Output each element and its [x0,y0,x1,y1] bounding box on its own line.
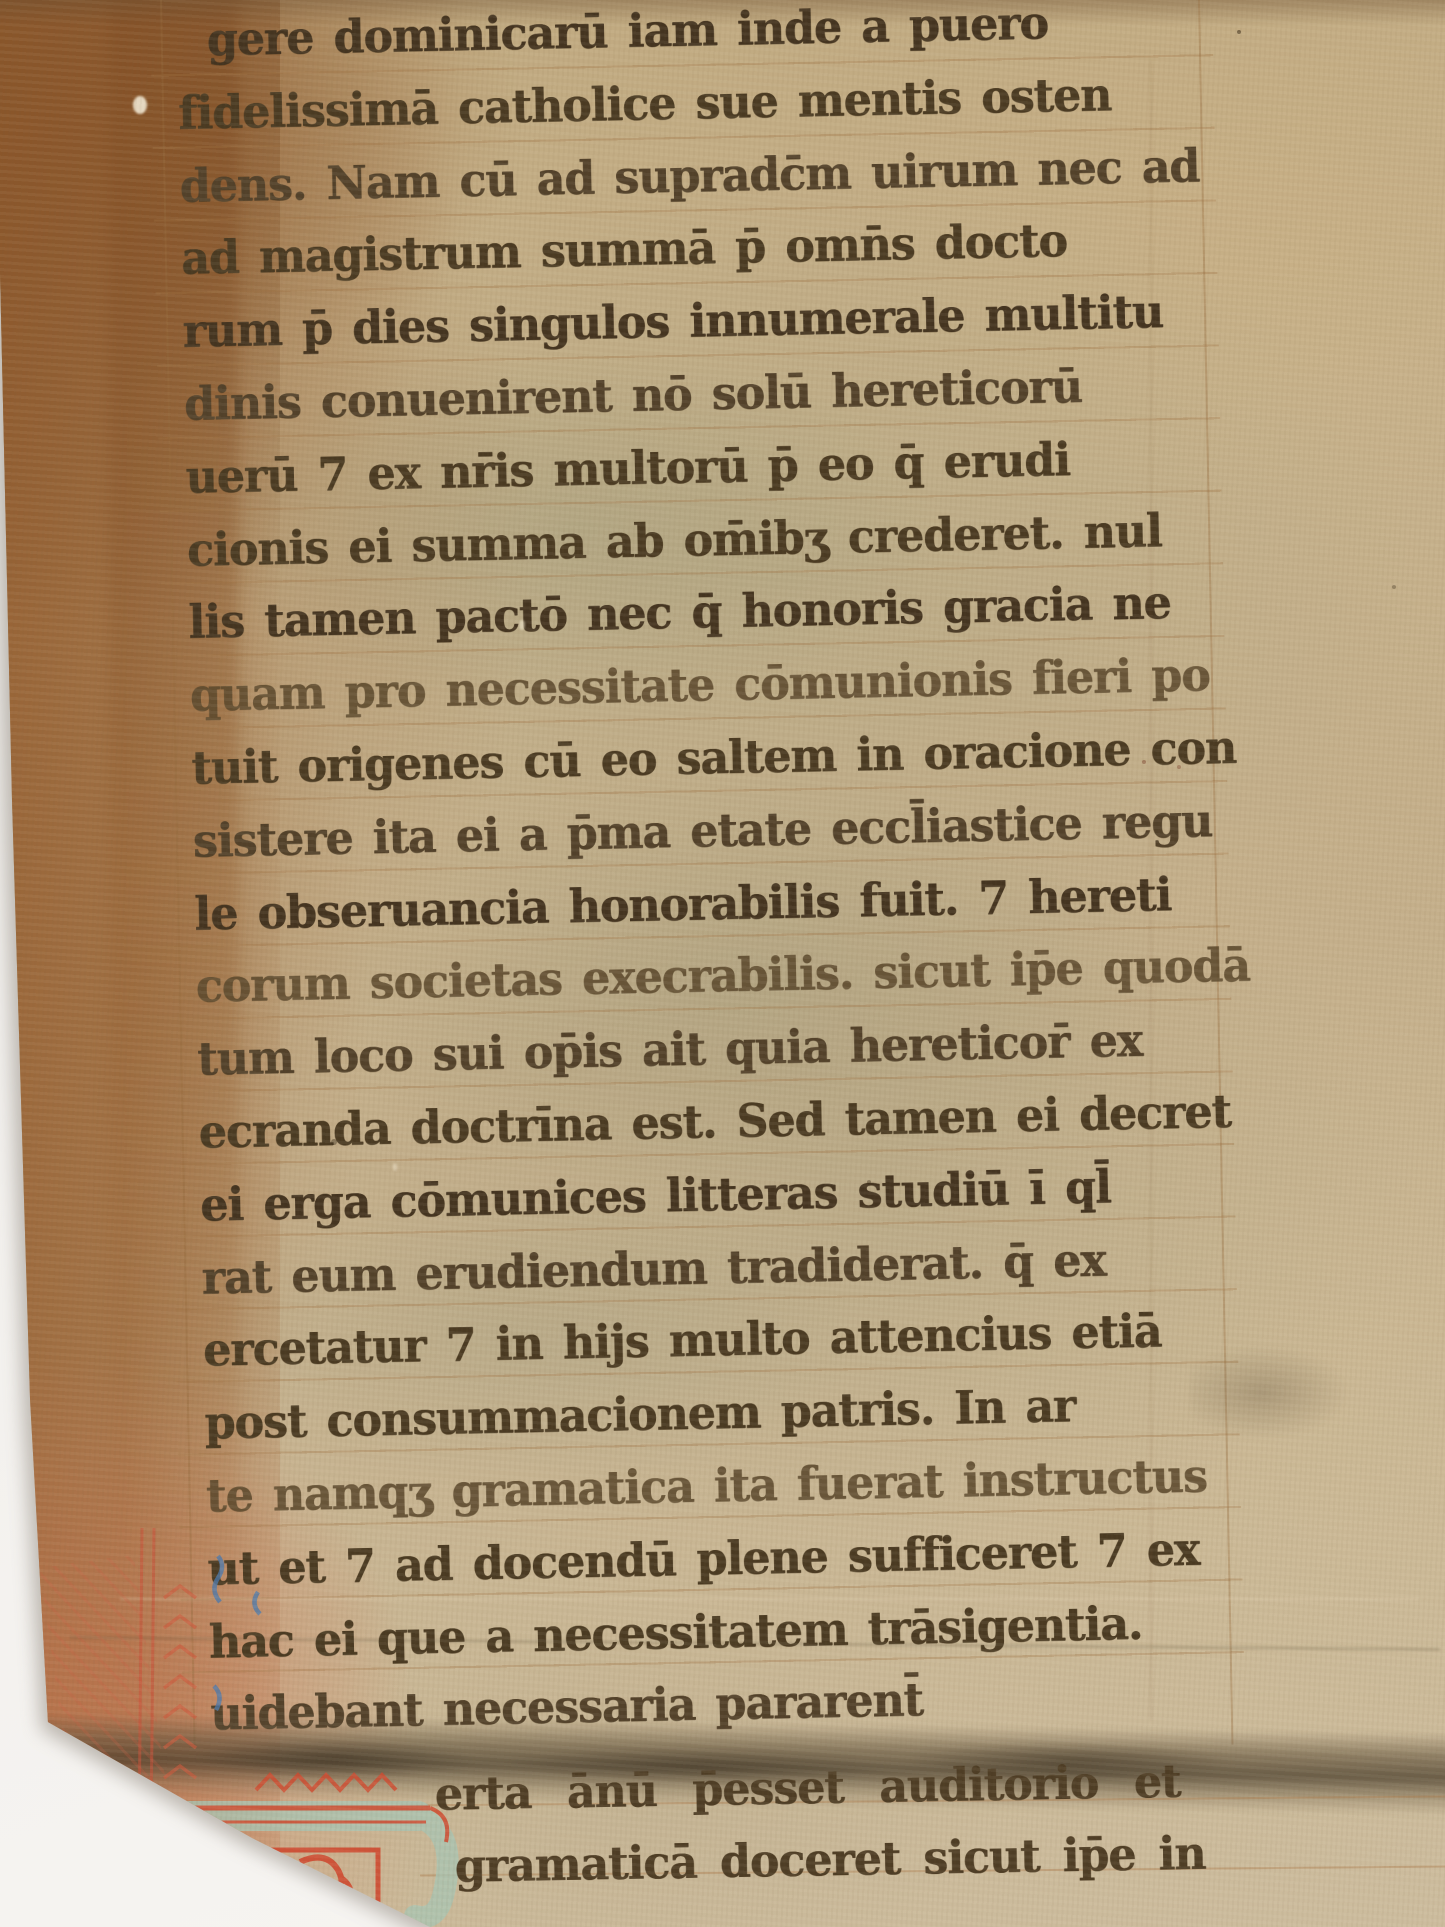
dirt-specks [1237,30,1241,34]
decorated-initial [118,1528,478,1927]
vertical-crease [1150,60,1152,1720]
blue-penwork-marks [214,1556,260,1920]
initial-teal-wash [180,1816,448,1927]
parchment-shadow-wrap: gere dominicarū iam inde a puero fidelis… [0,0,1445,1927]
red-chevron-column [164,1586,196,1778]
main-text-block: gere dominicarū iam inde a puero fidelis… [176,0,1311,1751]
photograph: gere dominicarū iam inde a puero fidelis… [0,0,1445,1927]
ink-smudge [1190,1345,1350,1440]
initial-red-panel [226,1850,378,1926]
red-zigzag-row [256,1775,396,1790]
light-flecks [133,96,147,114]
parchment-leaf: gere dominicarū iam inde a puero fidelis… [0,0,1445,1927]
red-margin-lines [138,1528,154,1927]
foot-text-line: erta ānū p̄esset auditorio et [434,1745,1181,1830]
foot-text-line: gramaticā doceret sicut ip̄e in [454,1817,1206,1902]
